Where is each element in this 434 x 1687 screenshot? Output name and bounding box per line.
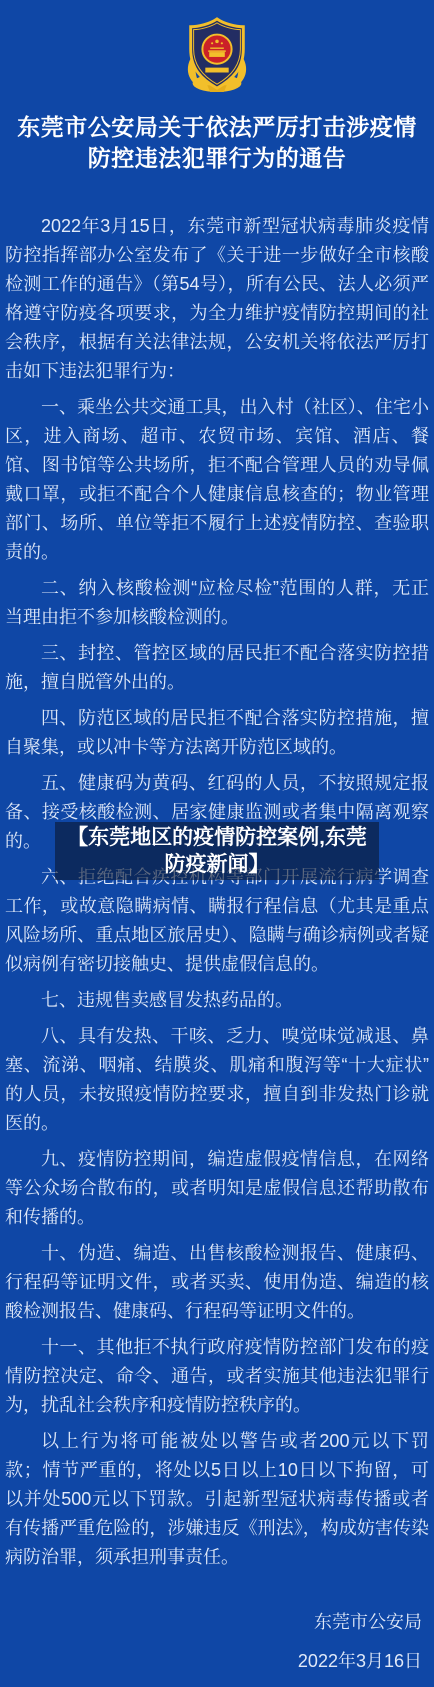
watermark-overlay: 【东莞地区的疫情防控案例,东莞防疫新闻】: [55, 822, 379, 880]
notice-paragraph: 八、具有发热、干咳、乏力、嗅觉味觉减退、鼻塞、流涕、咽痛、结膜炎、肌痛和腹泻等“…: [5, 1022, 429, 1138]
notice-paragraph: 一、乘坐公共交通工具，出入村（社区）、住宅小区，进入商场、超市、农贸市场、宾馆、…: [5, 393, 429, 567]
notice-paragraph: 二、纳入核酸检测“应检尽检”范围的人群，无正当理由拒不参加核酸检测的。: [5, 574, 429, 632]
issue-date: 2022年3月16日: [0, 1647, 422, 1673]
watermark-text: 【东莞地区的疫情防控案例,东莞防疫新闻】: [67, 826, 367, 876]
notice-paragraph: 四、防范区域的居民拒不配合落实防控措施，擅自聚集，或以冲卡等方法离开防范区域的。: [5, 704, 429, 762]
notice-body: 2022年3月15日，东莞市新型冠状病毒肺炎疫情防控指挥部办公室发布了《关于进一…: [0, 212, 434, 1572]
issuer-signature: 东莞市公安局: [0, 1608, 422, 1634]
notice-paragraph: 十、伪造、编造、出售核酸检测报告、健康码、行程码等证明文件，或者买卖、使用伪造、…: [5, 1239, 429, 1326]
notice-footer: 东莞市公安局 2022年3月16日: [0, 1608, 434, 1673]
notice-paragraph: 以上行为将可能被处以警告或者200元以下罚款；情节严重的，将处以5日以上10日以…: [5, 1427, 429, 1572]
page-title-line2: 防控违法犯罪行为的通告: [0, 143, 434, 174]
police-badge-icon: [181, 17, 253, 93]
notice-paragraph: 三、封控、管控区域的居民拒不配合落实防控措施，擅自脱管外出的。: [5, 639, 429, 697]
notice-paragraph: 九、疫情防控期间，编造虚假疫情信息，在网络等公众场合散布的，或者明知是虚假信息还…: [5, 1145, 429, 1232]
notice-header: 东莞市公安局关于依法严厉打击涉疫情 防控违法犯罪行为的通告: [0, 0, 434, 174]
notice-paragraph: 六、拒绝配合疾控机构等部门开展流行病学调查工作，或故意隐瞒病情、瞒报行程信息（尤…: [5, 863, 429, 979]
page-title: 东莞市公安局关于依法严厉打击涉疫情 防控违法犯罪行为的通告: [0, 112, 434, 174]
notice-paragraph: 七、违规售卖感冒发热药品的。: [5, 986, 429, 1015]
notice-paragraph: 十一、其他拒不执行政府疫情防控部门发布的疫情防控决定、命令、通告，或者实施其他违…: [5, 1333, 429, 1420]
notice-paragraph: 2022年3月15日，东莞市新型冠状病毒肺炎疫情防控指挥部办公室发布了《关于进一…: [5, 212, 429, 386]
page-title-line1: 东莞市公安局关于依法严厉打击涉疫情: [0, 112, 434, 143]
notice-page: 东莞市公安局关于依法严厉打击涉疫情 防控违法犯罪行为的通告 2022年3月15日…: [0, 0, 434, 1687]
